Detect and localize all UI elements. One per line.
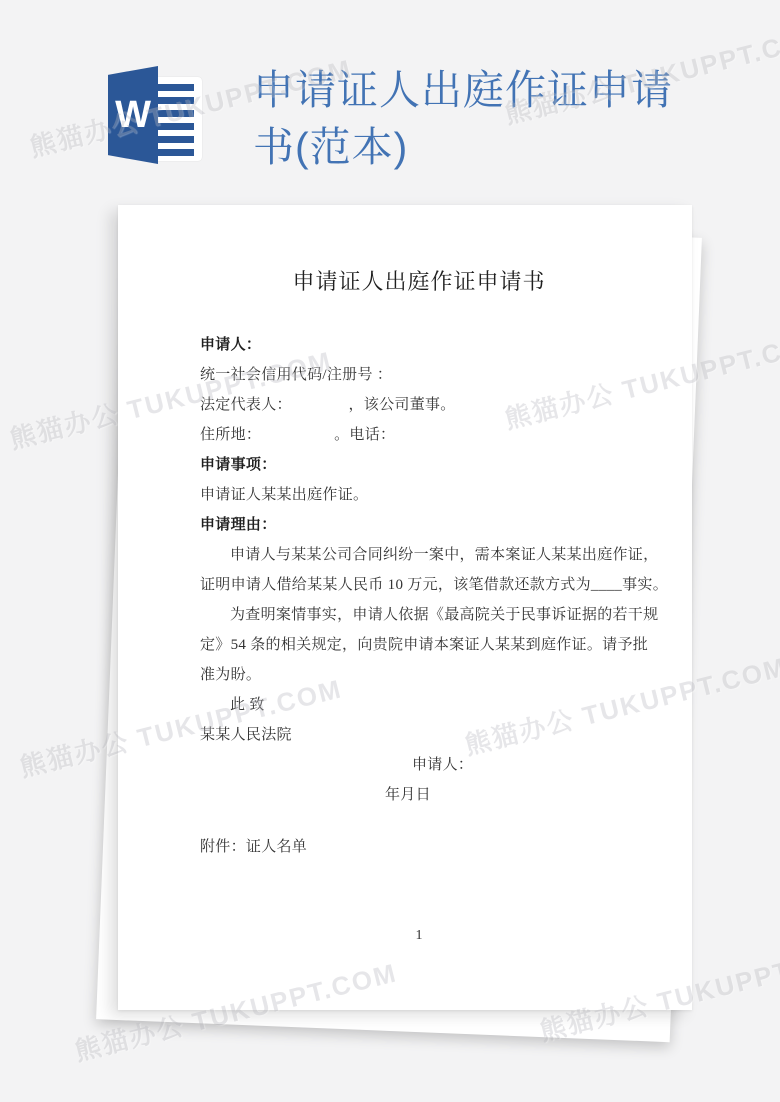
page-number: 1 [200,928,638,944]
doc-paragraph: 年月日 [200,780,638,810]
doc-paragraph: 定》54 条的相关规定，向贵院申请本案证人某某到庭作证。请予批 [200,630,638,660]
word-file-icon: W [108,66,202,164]
doc-paragraph: 法定代表人： ，该公司董事。 [200,390,638,420]
document-body: 申请人：统一社会信用代码/注册号 ：法定代表人： ，该公司董事。住所地： 。电话… [200,330,638,862]
doc-paragraph: 某某人民法院 [200,720,638,750]
doc-paragraph: 申请人与某某公司合同纠纷一案中，需本案证人某某出庭作证， [200,540,638,570]
doc-paragraph: 此 致 [200,690,638,720]
word-icon-text-lines [154,84,194,156]
doc-paragraph: 统一社会信用代码/注册号 ： [200,360,638,390]
document-heading: 申请证人出庭作证申请书 [200,265,638,296]
page-title: 申请证人出庭作证申请 书(范本) [253,62,723,176]
page-background: W 申请证人出庭作证申请 书(范本) 申请证人出庭作证申请书 申请人：统一社会信… [0,0,780,1102]
doc-paragraph: 准为盼。 [200,660,638,690]
doc-paragraph: 申请证人某某出庭作证。 [200,480,638,510]
doc-paragraph: 附件：证人名单 [200,832,638,862]
doc-paragraph: 住所地： 。电话： [200,420,638,450]
word-icon-cover: W [108,66,158,164]
page-title-line2: 书(范本) [253,119,723,176]
doc-paragraph: 申请人： [200,750,638,780]
word-icon-letter: W [115,96,151,134]
page-title-line1: 申请证人出庭作证申请 [253,62,723,119]
doc-paragraph: 申请理由： [200,510,638,540]
doc-paragraph: 申请事项： [200,450,638,480]
document-page: 申请证人出庭作证申请书 申请人：统一社会信用代码/注册号 ：法定代表人： ，该公… [118,205,692,1010]
doc-paragraph: 证明申请人借给某某人民币 10 万元，该笔借款还款方式为____事实。 [200,570,638,600]
doc-paragraph: 申请人： [200,330,638,360]
doc-paragraph: 为查明案情事实，申请人依据《最高院关于民事诉证据的若干规 [200,600,638,630]
